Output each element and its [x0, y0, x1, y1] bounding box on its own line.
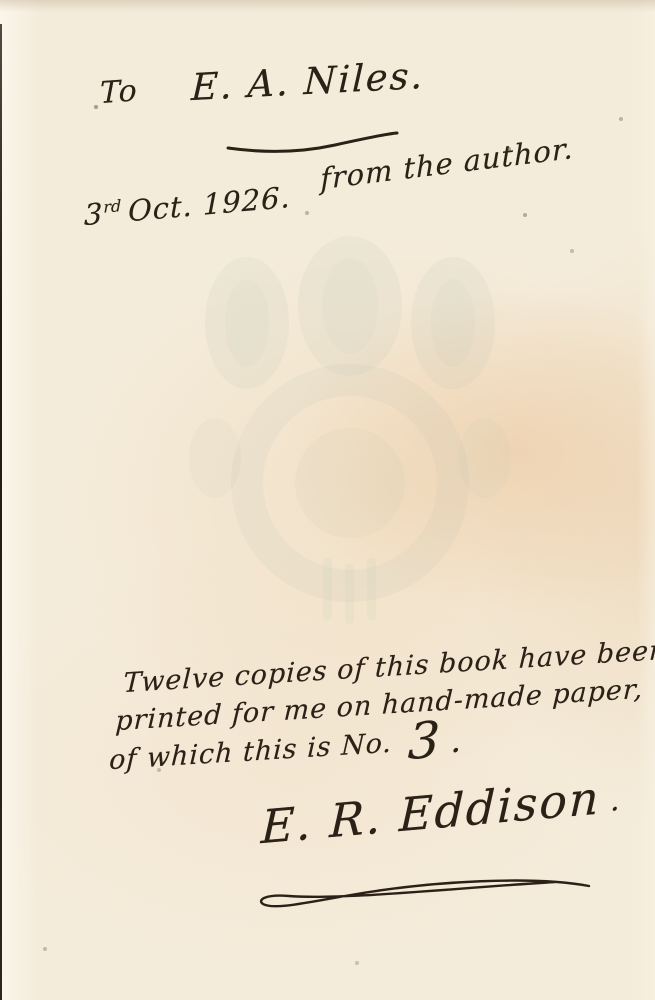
dedication-to: To: [100, 73, 138, 111]
date-rest: Oct. 1926.: [128, 180, 291, 228]
signature-period: .: [610, 783, 623, 819]
page-edge-shadow: [0, 24, 2, 1000]
limitation-line-3-text: of which this is No.: [109, 728, 393, 776]
date-day: 3: [84, 196, 103, 232]
date-ordinal: rd: [103, 196, 121, 217]
signature-name: E. R. Eddison: [260, 770, 601, 854]
inscribed-book-page: To E. A. Niles. from the author. 3rdOct.…: [0, 0, 655, 1000]
dedication-date: 3rdOct. 1926.: [84, 180, 291, 232]
embossed-emblem-watermark: [185, 228, 515, 628]
dedication-recipient: E. A. Niles.: [190, 54, 425, 109]
paper-specks: [0, 0, 2, 2]
author-signature: E. R. Eddison.: [260, 768, 623, 854]
signature-flourish: [255, 872, 600, 916]
copy-number: 3: [407, 727, 441, 756]
copy-number-period: .: [450, 720, 464, 761]
